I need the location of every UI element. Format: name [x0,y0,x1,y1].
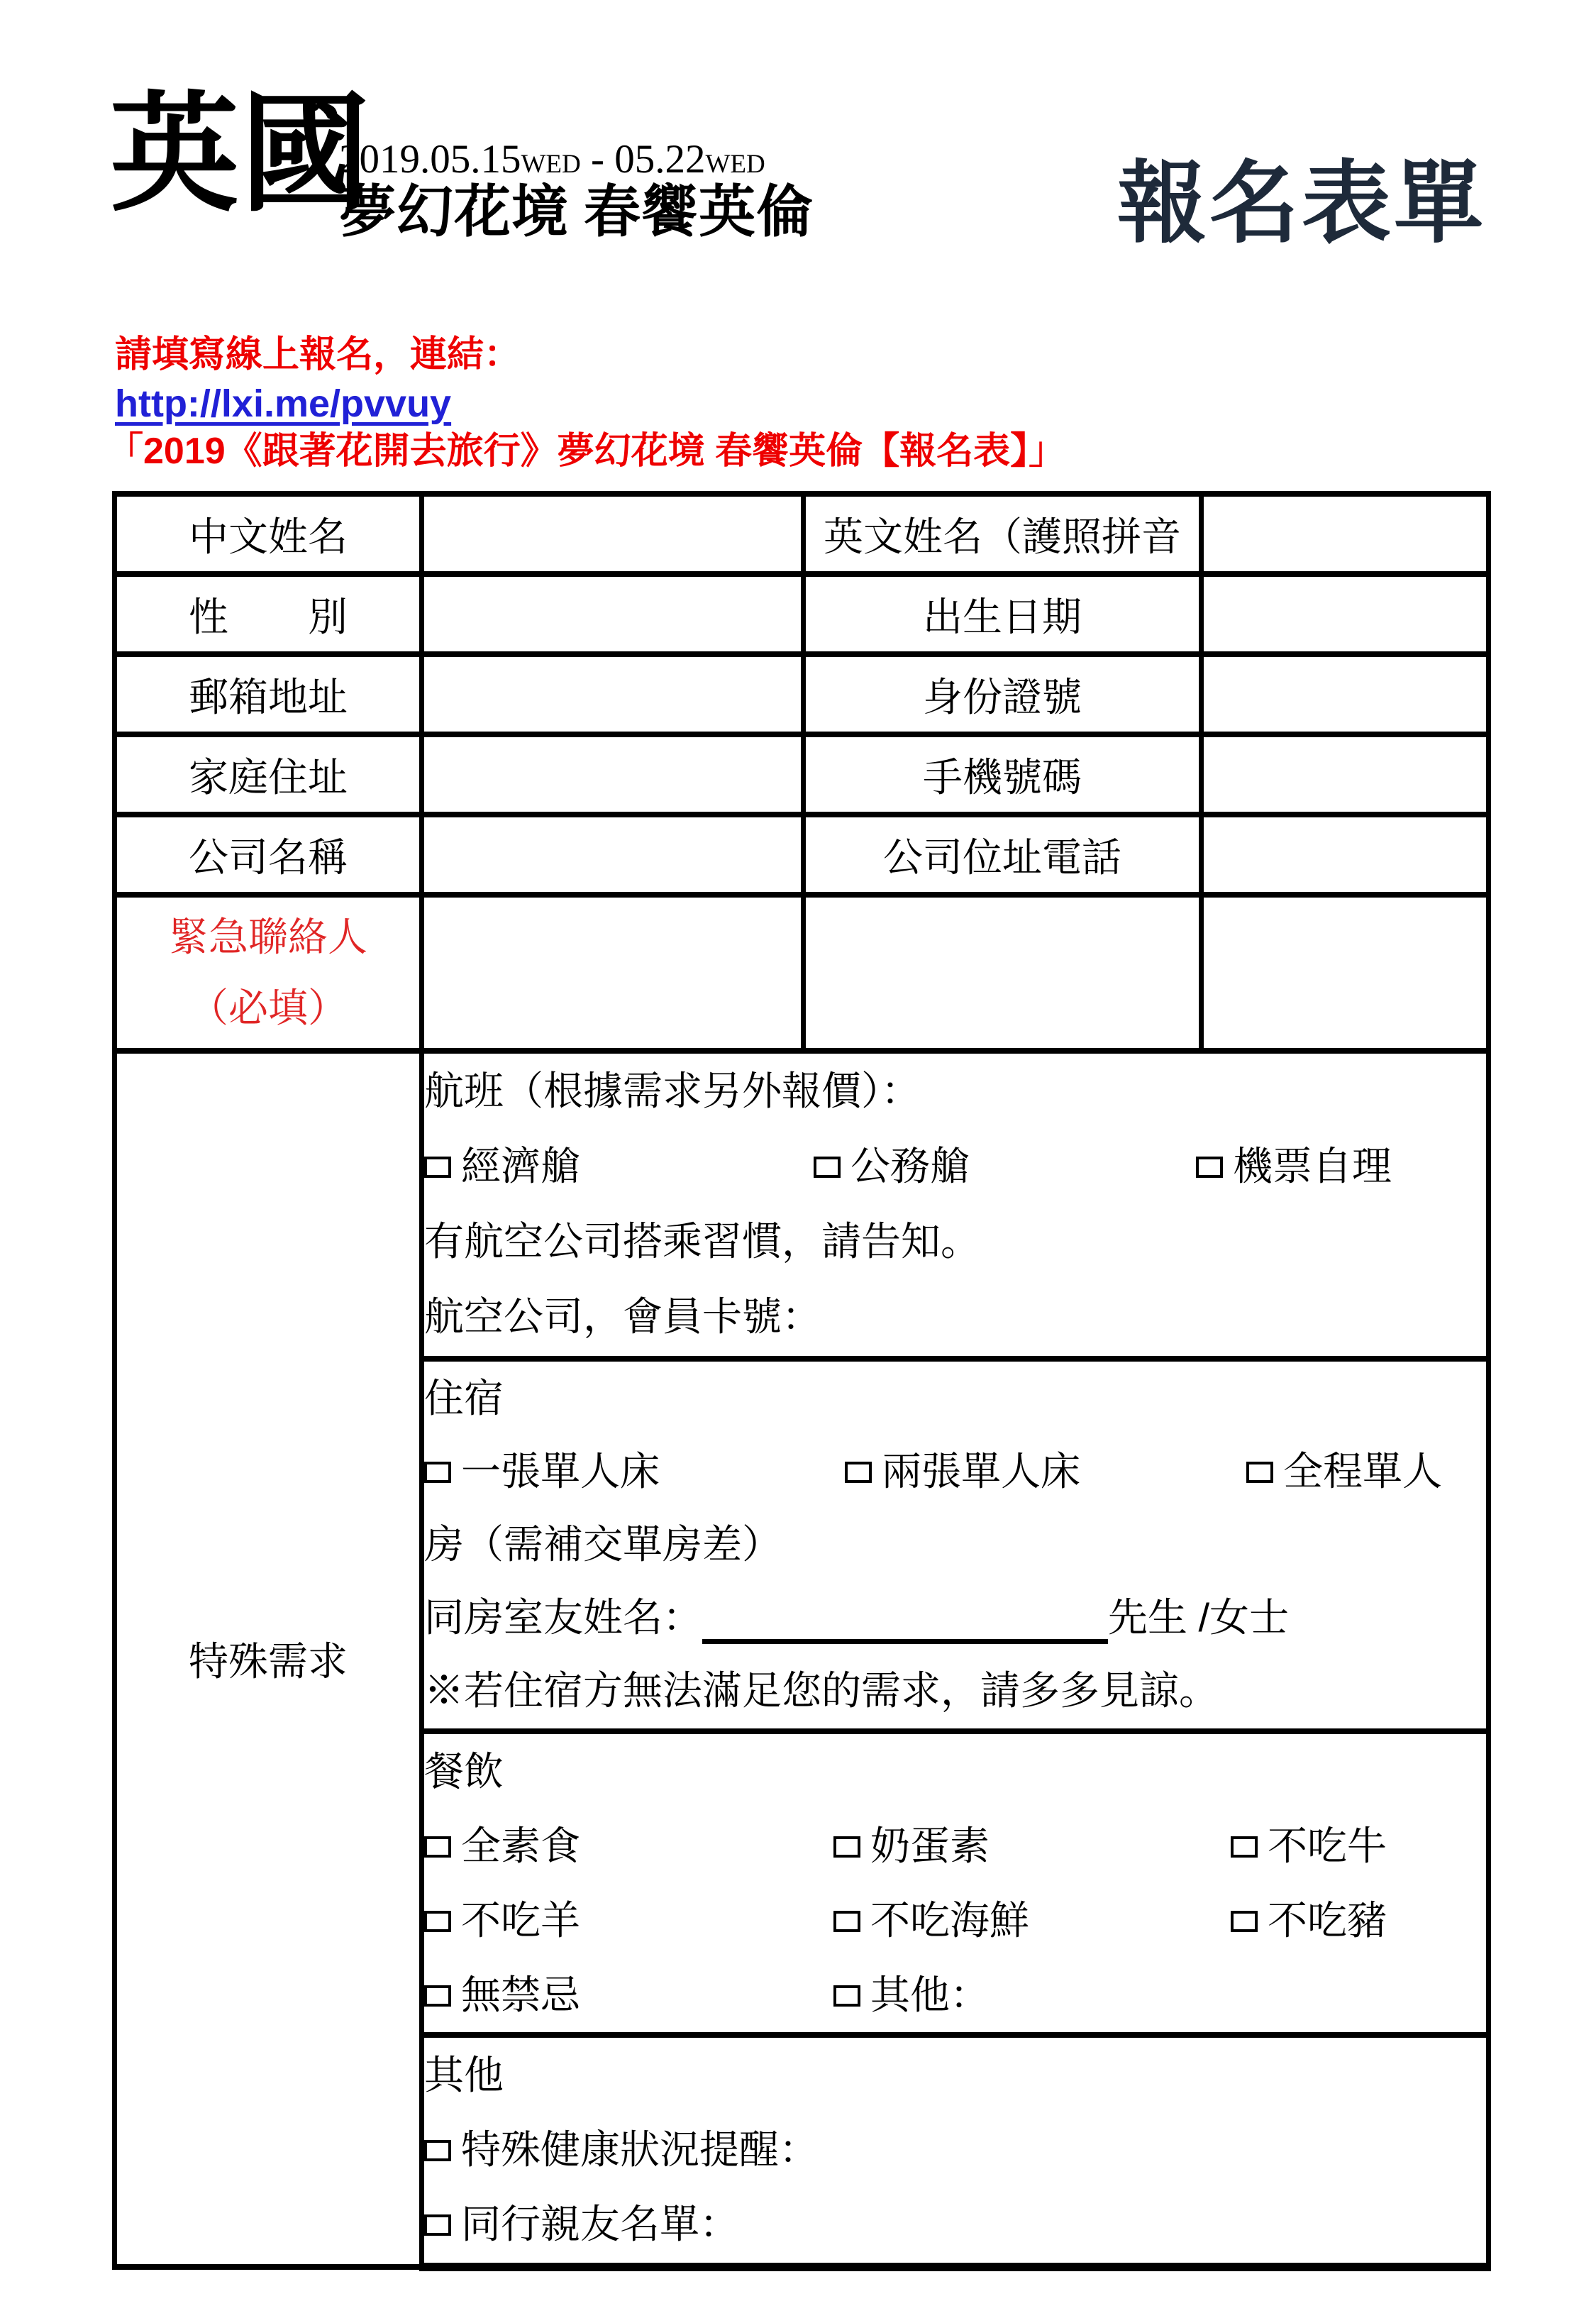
label-company-name: 公司名稱 [115,815,422,895]
company-address-phone-input-cell[interactable] [1202,815,1489,895]
option-special-health-reminder[interactable]: 特殊健康狀況提醒： [424,2112,1486,2187]
meals-section: 餐飲 全素食 奶蛋素 不吃牛 不吃羊 不吃海鮮 不吃豬 無禁忌 其他： [422,1731,1489,2035]
option-no-lamb[interactable]: 不吃羊 [424,1883,833,1958]
option-one-single-bed[interactable]: 一張單人床 [424,1435,845,1508]
label-special-needs: 特殊需求 [115,1051,422,2267]
emergency-contact-input-cell-1[interactable] [422,895,804,1051]
date-start-weekday: WED [521,150,581,179]
label-birth-date: 出生日期 [804,574,1202,654]
checkbox-icon[interactable] [833,1911,860,1932]
option-label: 公務艙 [850,1144,970,1188]
option-label: 不吃豬 [1268,1898,1387,1943]
signup-link[interactable]: http://lxi.me/pvvuy [115,382,451,426]
option-label: 特殊健康狀況提醒： [461,2127,819,2172]
chinese-name-input-cell[interactable] [422,494,804,574]
table-row-emergency-contact: 緊急聯絡人 （必填） [115,895,1489,1051]
option-label: 其他： [870,1973,990,2017]
emergency-contact-label-line2: （必填） [117,973,419,1044]
lodging-single-room-wrap-line: 房（需補交單房差） [424,1508,1486,1581]
table-row-flight: 特殊需求 航班（根據需求另外報價）： 經濟艙 公務艙 機票自理 有航空公司搭乘習… [115,1051,1489,1359]
table-row-company: 公司名稱 公司位址電話 [115,815,1489,895]
option-label: 奶蛋素 [870,1824,990,1868]
option-no-pork[interactable]: 不吃豬 [1231,1883,1486,1958]
option-no-beef[interactable]: 不吃牛 [1231,1809,1486,1883]
label-chinese-name: 中文姓名 [115,494,422,574]
label-id-number: 身份證號 [804,654,1202,734]
company-name-input-cell[interactable] [422,815,804,895]
option-business-class[interactable]: 公務艙 [814,1129,1196,1204]
label-emergency-contact: 緊急聯絡人 （必填） [115,895,422,1051]
checkbox-icon[interactable] [845,1462,872,1483]
option-companion-list[interactable]: 同行親友名單： [424,2187,1486,2261]
registration-form-page: 英國 2019.05.15WED - 05.22WED 夢幻花境 春饗英倫 報名… [0,0,1596,2306]
trip-subtitle: 夢幻花境 春饗英倫 [339,183,814,243]
option-economy-class[interactable]: 經濟艙 [424,1129,814,1204]
table-row-email-id: 郵箱地址 身份證號 [115,654,1489,734]
label-home-address: 家庭住址 [115,734,422,815]
checkbox-icon[interactable] [424,1462,451,1483]
flight-section-title: 航班（根據需求另外報價）： [424,1054,1486,1129]
checkbox-icon[interactable] [424,1911,451,1932]
roommate-title-suffix: 先生 /女士 [1108,1595,1289,1640]
option-label: 不吃牛 [1268,1824,1387,1868]
english-name-input-cell[interactable] [1202,494,1489,574]
emergency-contact-label-line1: 緊急聯絡人 [117,902,419,973]
mobile-number-input-cell[interactable] [1202,734,1489,815]
flight-airline-habit-note: 有航空公司搭乘習慣，請告知。 [424,1204,1486,1279]
checkbox-icon[interactable] [1196,1157,1223,1178]
option-label: 全程單人 [1283,1449,1442,1494]
other-section: 其他 特殊健康狀況提醒： 同行親友名單： [422,2035,1489,2267]
option-no-seafood[interactable]: 不吃海鮮 [833,1883,1231,1958]
lodging-options-row: 一張單人床 兩張單人床 全程單人 [424,1435,1486,1508]
option-label: 一張單人床 [461,1449,660,1494]
emergency-contact-input-cell-2[interactable] [804,895,1202,1051]
trip-country-title: 英國 [110,85,371,227]
checkbox-icon[interactable] [814,1157,841,1178]
birth-date-input-cell[interactable] [1202,574,1489,654]
checkbox-icon[interactable] [833,1985,860,2007]
checkbox-icon[interactable] [424,2140,451,2161]
label-gender: 性 別 [115,574,422,654]
trip-date-range: 2019.05.15WED - 05.22WED [339,139,765,184]
date-separator: - [581,137,614,182]
option-full-vegetarian[interactable]: 全素食 [424,1809,833,1883]
meals-options-row-1: 全素食 奶蛋素 不吃牛 [424,1809,1486,1883]
date-start: 2019.05.15 [339,137,521,182]
option-no-restrictions[interactable]: 無禁忌 [424,1958,833,2032]
option-label: 經濟艙 [461,1144,580,1188]
roommate-name-label: 同房室友姓名： [424,1595,702,1640]
emergency-contact-input-cell-3[interactable] [1202,895,1489,1051]
gender-input-cell[interactable] [422,574,804,654]
checkbox-icon[interactable] [1231,1911,1258,1932]
option-label: 機票自理 [1233,1144,1392,1188]
home-address-input-cell[interactable] [422,734,804,815]
option-two-single-beds[interactable]: 兩張單人床 [845,1435,1246,1508]
option-label: 無禁忌 [461,1973,580,2017]
checkbox-icon[interactable] [424,1157,451,1178]
option-label: 不吃海鮮 [870,1898,1029,1943]
label-mobile-number: 手機號碼 [804,734,1202,815]
date-end: 05.22 [614,137,705,182]
option-meals-other[interactable]: 其他： [833,1958,1231,2032]
lodging-section-title: 住宿 [424,1362,1486,1435]
meals-options-row-2: 不吃羊 不吃海鮮 不吃豬 [424,1883,1486,1958]
checkbox-icon[interactable] [1231,1836,1258,1858]
other-section-title: 其他 [424,2038,1486,2112]
option-single-room-whole-trip[interactable]: 全程單人 [1246,1435,1486,1508]
option-label: 同行親友名單： [461,2202,739,2246]
table-row-gender-birth: 性 別 出生日期 [115,574,1489,654]
label-email-address: 郵箱地址 [115,654,422,734]
checkbox-icon[interactable] [424,1836,451,1858]
label-english-name: 英文姓名（護照拼音 [804,494,1202,574]
checkbox-icon[interactable] [424,2214,451,2236]
flight-section: 航班（根據需求另外報價）： 經濟艙 公務艙 機票自理 有航空公司搭乘習慣，請告知… [422,1051,1489,1359]
checkbox-icon[interactable] [833,1836,860,1858]
form-title: 報名表單 [1117,158,1486,253]
option-self-arranged-ticket[interactable]: 機票自理 [1196,1129,1486,1204]
flight-options-row: 經濟艙 公務艙 機票自理 [424,1129,1486,1204]
online-signup-instruction: 請填寫線上報名，連結： [115,333,521,376]
email-input-cell[interactable] [422,654,804,734]
lodging-section: 住宿 一張單人床 兩張單人床 全程單人 房（需補交單房差） 同房室友姓名：先生 … [422,1359,1489,1731]
table-row-address-mobile: 家庭住址 手機號碼 [115,734,1489,815]
checkbox-icon[interactable] [1246,1462,1273,1483]
table-row-name: 中文姓名 英文姓名（護照拼音 [115,494,1489,574]
signup-form-name-line: 「2019《跟著花開去旅行》夢幻花境 春饗英倫【報名表】」 [106,430,1065,473]
option-label: 兩張單人床 [882,1449,1080,1494]
label-company-address-phone: 公司位址電話 [804,815,1202,895]
registration-table: 中文姓名 英文姓名（護照拼音 性 別 出生日期 郵箱地址 身份證號 家庭住址 手… [112,491,1491,2271]
lodging-disclaimer-note: ※若住宿方無法滿足您的需求，請多多見諒。 [424,1654,1486,1727]
roommate-line: 同房室友姓名：先生 /女士 [424,1581,1486,1654]
checkbox-icon[interactable] [424,1985,451,2007]
id-number-input-cell[interactable] [1202,654,1489,734]
option-label: 全素食 [461,1824,580,1868]
option-label: 不吃羊 [461,1898,580,1943]
meals-options-row-3: 無禁忌 其他： [424,1958,1486,2032]
option-lacto-ovo-vegetarian[interactable]: 奶蛋素 [833,1809,1231,1883]
roommate-name-blank-field[interactable] [702,1589,1108,1644]
meals-section-title: 餐飲 [424,1734,1486,1809]
flight-member-card-line[interactable]: 航空公司，會員卡號： [424,1279,1486,1355]
date-end-weekday: WED [705,150,765,179]
